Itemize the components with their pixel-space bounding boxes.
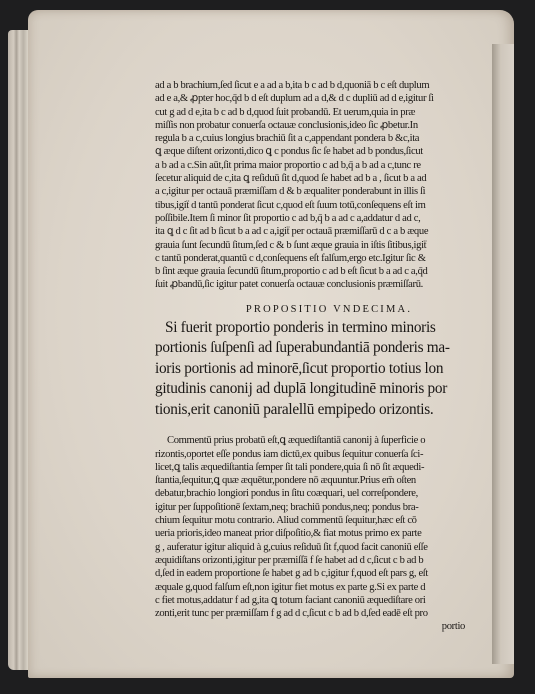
proposition-statement: Si fuerit proportio ponderis in termino …	[155, 318, 485, 421]
text-line: æquale g,quod falſum eſt,non igitur fiet…	[155, 581, 485, 594]
text-line: regula b a c,cuius longius brachiū ſit a…	[155, 132, 485, 145]
text-line: æquidiſtans orizonti,igitur per præmiſſā…	[155, 554, 485, 567]
text-line: ꝗ æque diſtent orizonti,dico ꝗ c pondus …	[155, 145, 485, 158]
text-line: tibus,igiẗ d tantū ponderat ſicut c,quod…	[155, 199, 485, 212]
text-line: a b ad a c.Sin aūt,ſit prima maior propo…	[155, 159, 485, 172]
text-line: ſuit ꝓbandū,ſic igitur patet conuerſa oc…	[155, 278, 485, 291]
text-line: poſſibile.Item ſi minor ſit proportio c …	[155, 212, 485, 225]
text-line: ſtantia,ſequitur,ꝗ quæ æquētur,pondere n…	[155, 474, 485, 487]
text-line: ita ꝗ d c ſit ad b ſicut b a ad c a,igiẗ…	[155, 225, 485, 238]
text-line: portionis ſuſpenſi ad ſuperabundantiā po…	[155, 338, 485, 359]
text-line: tionis,erit canoniū paralellū empipedo o…	[155, 400, 485, 421]
commentary-paragraph: Commentū prius probatū eſt,ꝗ æquediſtant…	[155, 434, 485, 633]
text-block: ad a b brachium,ſed ſicut e a ad a b,ita…	[155, 79, 485, 634]
text-line: d,ſed in eadem proportione ſe habet g ad…	[155, 567, 485, 580]
text-line: ioris portionis ad minorē,ſicut proporti…	[155, 359, 485, 380]
text-line: licet,ꝗ talis æquediſtantia ſemper ſit t…	[155, 461, 485, 474]
text-line: g , auferatur igitur aliquid à g,cuius r…	[155, 541, 485, 554]
text-line: chium ſequitur motu contrario. Aliud com…	[155, 514, 485, 527]
text-line: Si fuerit proportio ponderis in termino …	[155, 318, 485, 339]
text-line: c fiet motus,addatur f ad g,ita ꝗ totum …	[155, 594, 485, 607]
text-line: debatur,brachio longiori pondus in ſitu …	[155, 487, 485, 500]
text-line: c tantū ponderat,quantū c d,conſequens e…	[155, 252, 485, 265]
text-line: zonti,erit tunc per præmiſſam f g ad d c…	[155, 607, 485, 620]
text-line: ueria prioris,ideo maneat prior diſpoſit…	[155, 527, 485, 540]
text-line: ſecetur aliquid de c,ita ꝗ reſiduū ſit d…	[155, 172, 485, 185]
text-line: ad e a,& ꝓpter hoc,q̄d b d eſt duplum ad…	[155, 92, 485, 105]
text-line: igitur per ſuppoſitionē ſextam,neq; brac…	[155, 501, 485, 514]
paragraph-continuation: ad a b brachium,ſed ſicut e a ad a b,ita…	[155, 79, 485, 292]
text-line: gitudinis canonĳ ad duplā longitudinē mi…	[155, 379, 485, 400]
proposition-heading: PROPOSITIO VNDECIMA.	[155, 304, 485, 315]
text-line: grauia ſunt ſecundū ſitum,ſed c & b ſunt…	[155, 239, 485, 252]
text-line: b ſint æque grauia ſecundū ſitum,proport…	[155, 265, 485, 278]
text-line: rizontis,oportet eſſe pondus iam dictū,e…	[155, 448, 485, 461]
text-line: a c,igitur per octauā præmiſſam d & b æq…	[155, 185, 485, 198]
text-line: miſſis non probatur conuerſa octauæ conc…	[155, 119, 485, 132]
catchword: portio	[155, 620, 485, 633]
text-line: cut g ad d e,ita b c ad b d,quod ſuit pr…	[155, 106, 485, 119]
text-line: Commentū prius probatū eſt,ꝗ æquediſtant…	[155, 434, 485, 447]
text-line: ad a b brachium,ſed ſicut e a ad a b,ita…	[155, 79, 485, 92]
page-gutter	[492, 44, 514, 664]
